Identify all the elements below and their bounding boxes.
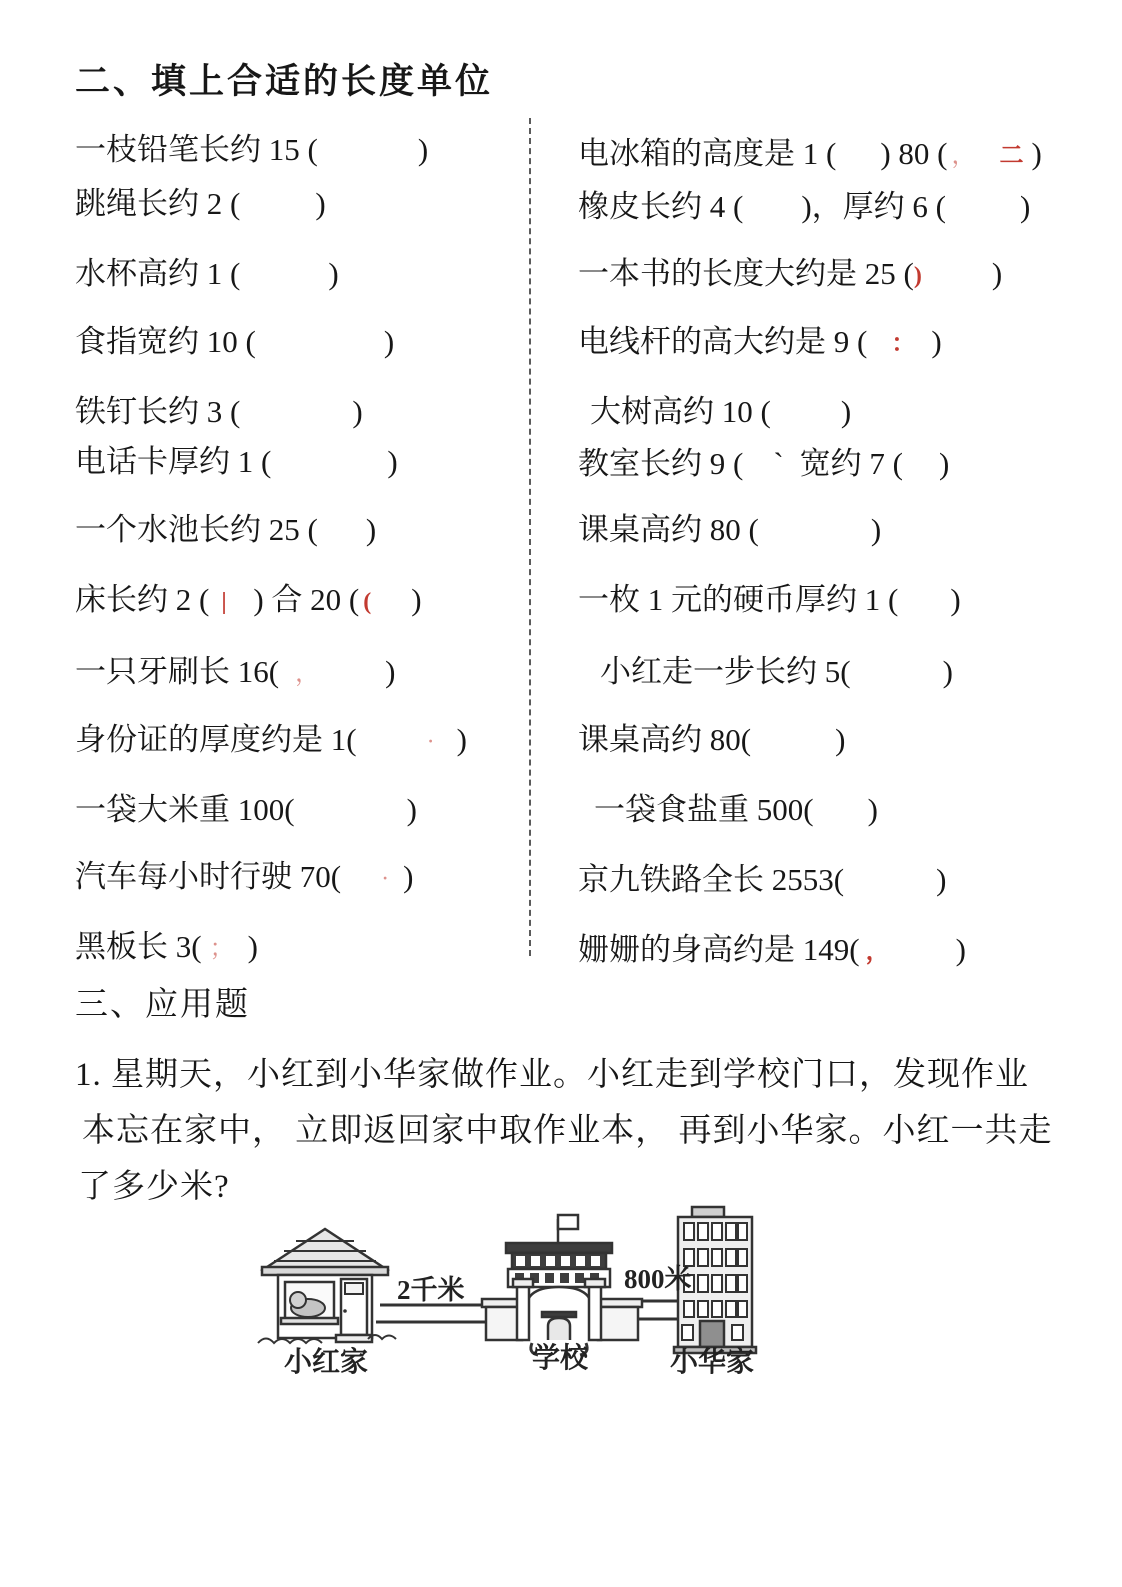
fill-question-row: 京九铁路全长 2553() <box>578 858 946 902</box>
question-text: 电话卡厚约 1 ( <box>75 444 271 479</box>
faint-red-answer-mark: · <box>381 867 389 891</box>
fill-question-row: 电线杆的高大约是 9 (：) <box>578 320 942 364</box>
faint-red-answer-mark: ， <box>866 940 890 964</box>
question-text: 小红走一步长约 5( <box>600 654 851 689</box>
question-text: 教室长约 9 ( <box>578 446 743 481</box>
fill-question-row: 一袋大米重 100() <box>75 788 417 832</box>
question-text: 食指宽约 10 ( <box>75 324 256 359</box>
question-text: 一袋大米重 100( <box>75 792 295 827</box>
question-text: 姗姗的身高约是 149( <box>578 932 860 967</box>
question-text: ) <box>931 324 941 359</box>
question-text: ) 合 20 ( <box>253 582 359 617</box>
question-text: ) <box>1020 189 1030 224</box>
answer-blank <box>771 393 841 429</box>
faint-red-answer-mark: ， <box>951 144 975 168</box>
question-text: 橡皮长约 4 ( <box>578 189 743 224</box>
answer-blank: ，二 <box>947 135 1031 171</box>
fill-question-row: 一个水池长约 25 () <box>75 508 376 552</box>
problem-text-line: 本忘在家中， 立即返回家中取作业本， 再到小华家。小红一共走 <box>82 1104 1053 1151</box>
question-text: ) <box>943 654 953 689</box>
question-text: 课桌高约 80( <box>578 722 751 757</box>
question-text: 跳绳长约 2 ( <box>75 186 240 221</box>
answer-blank <box>256 323 384 359</box>
question-text: ) <box>248 929 258 964</box>
question-text: ) <box>403 859 413 894</box>
answer-blank <box>743 188 801 224</box>
fill-question-row: 一枚 1 元的硬币厚约 1 () <box>578 578 961 622</box>
fill-question-row: 一枝铅笔长约 15 () <box>75 128 428 172</box>
answer-blank <box>903 445 939 481</box>
question-text: 京九铁路全长 2553( <box>578 862 844 897</box>
question-text: 一枝铅笔长约 15 ( <box>75 132 318 167</box>
answer-blank: | <box>209 581 253 617</box>
faint-red-answer-mark: ； <box>210 937 234 961</box>
question-text: ) <box>411 582 421 617</box>
problem-text-line: 1. 星期天，小红到小华家做作业。小红走到学校门口，发现作业 <box>75 1048 1029 1095</box>
question-text: ) <box>366 512 376 547</box>
fill-question-row: 一本书的长度大约是 25 ()) <box>578 252 1002 296</box>
question-text: )，厚约 6 ( <box>801 189 946 224</box>
answer-blank: ， <box>860 931 956 967</box>
fill-question-row: 黑板长 3(；) <box>75 925 258 969</box>
question-text: 大树高约 10 ( <box>590 394 771 429</box>
question-text: ) <box>457 722 467 757</box>
answer-blank <box>946 188 1020 224</box>
question-text: ) <box>939 446 949 481</box>
question-text: ) <box>328 256 338 291</box>
worksheet-page: { "colors": { "ink": "#171717", "red_mar… <box>0 0 1122 1587</box>
fill-question-row: 课桌高约 80 () <box>578 508 881 552</box>
answer-blank <box>784 445 800 481</box>
question-text: ) <box>835 722 845 757</box>
question-text: 一本书的长度大约是 25 ( <box>578 256 914 291</box>
question-text: ) <box>871 512 881 547</box>
question-text: ) <box>407 792 417 827</box>
answer-blank: ： <box>867 323 931 359</box>
fill-question-row: 汽车每小时行驶 70(·) <box>75 855 413 899</box>
question-text: 宽约 7 ( <box>800 446 903 481</box>
question-text: ) <box>956 932 966 967</box>
question-text: 黑板长 3( <box>75 929 202 964</box>
fill-question-row: 一只牙刷长 16(，) <box>75 650 395 694</box>
question-text: ` <box>773 446 783 481</box>
school-illustration <box>482 1215 642 1355</box>
question-text: ) <box>387 444 397 479</box>
answer-blank <box>851 653 943 689</box>
column-divider-line <box>529 118 531 956</box>
answer-blank <box>844 861 936 897</box>
distance-label-2km: 2千米 <box>397 1275 465 1305</box>
question-text: ) <box>992 256 1002 291</box>
question-text: ) <box>868 792 878 827</box>
question-text: ) <box>352 394 362 429</box>
question-text: ) 80 ( <box>880 136 947 171</box>
question-text: 一袋食盐重 500( <box>594 792 814 827</box>
answer-blank <box>318 131 418 167</box>
question-text: ) <box>385 654 395 689</box>
answer-blank: ) <box>914 255 992 291</box>
fill-question-row: 课桌高约 80() <box>578 718 845 762</box>
answer-blank <box>271 443 387 479</box>
school-label: 学校 <box>532 1342 589 1374</box>
question-text: 一枚 1 元的硬币厚约 1 ( <box>578 582 898 617</box>
question-text: ) <box>384 324 394 359</box>
fill-question-row: 一袋食盐重 500() <box>594 788 878 832</box>
answer-blank <box>295 791 407 827</box>
question-text: ) <box>1031 136 1041 171</box>
section2-title: 二、填上合适的长度单位 <box>75 54 493 104</box>
question-text: 一只牙刷长 16( <box>75 654 279 689</box>
question-text: 一个水池长约 25 ( <box>75 512 318 547</box>
answer-blank <box>814 791 868 827</box>
answer-blank <box>240 185 315 221</box>
faint-red-answer-mark: ( <box>363 590 371 614</box>
home-label: 小红家 <box>284 1346 368 1378</box>
fill-question-row: 大树高约 10 () <box>590 390 851 434</box>
question-text: 铁钉长约 3 ( <box>75 394 240 429</box>
distance-label-800m: 800米 <box>624 1264 692 1294</box>
answer-blank: · <box>357 721 457 757</box>
answer-blank <box>743 445 773 481</box>
question-text: 身份证的厚度约是 1( <box>75 722 357 757</box>
fill-question-row: 电话卡厚约 1 () <box>75 440 398 484</box>
question-text: 水杯高约 1 ( <box>75 256 240 291</box>
question-text: 电线杆的高大约是 9 ( <box>578 324 867 359</box>
faint-red-answer-mark: ： <box>891 332 915 356</box>
friend-home-label: 小华家 <box>670 1346 754 1378</box>
fill-question-row: 小红走一步长约 5() <box>600 650 953 694</box>
fill-question-row: 铁钉长约 3 () <box>75 390 363 434</box>
question-text: 床长约 2 ( <box>75 582 209 617</box>
question-text: 课桌高约 80 ( <box>578 512 759 547</box>
answer-blank: · <box>341 858 403 894</box>
answer-blank: ( <box>359 581 411 617</box>
answer-blank: ， <box>279 653 385 689</box>
fill-question-row: 电冰箱的高度是 1 () 80 (，二) <box>578 132 1042 176</box>
question-text: 电冰箱的高度是 1 ( <box>578 136 836 171</box>
question-text: ) <box>315 186 325 221</box>
faint-red-answer-mark: ) <box>914 264 922 288</box>
fill-question-row: 床长约 2 (|) 合 20 (() <box>75 578 422 622</box>
problem-text-line: 了多少米? <box>78 1160 230 1207</box>
answer-blank <box>240 393 352 429</box>
road-school-to-friend <box>638 1301 678 1319</box>
answer-blank: ； <box>202 928 248 964</box>
fill-question-row: 食指宽约 10 () <box>75 320 394 364</box>
faint-red-answer-mark: ， <box>295 662 319 686</box>
faint-red-answer-mark: 二 <box>999 144 1023 168</box>
distance-illustration: 2千米 800米 小红家 学校 小华家 <box>240 1205 800 1390</box>
fill-question-row: 教室长约 9 (`宽约 7 () <box>578 442 949 486</box>
question-text: ) <box>936 862 946 897</box>
faint-red-answer-mark: · <box>427 730 435 754</box>
answer-blank <box>318 511 366 547</box>
answer-blank <box>898 581 950 617</box>
question-text: ) <box>418 132 428 167</box>
answer-blank <box>759 511 871 547</box>
road-home-to-school <box>376 1305 490 1322</box>
answer-blank <box>836 135 880 171</box>
question-text: ) <box>950 582 960 617</box>
fill-question-row: 姗姗的身高约是 149(，) <box>578 928 966 972</box>
faint-red-answer-mark: | <box>221 590 226 614</box>
xiaohong-house-illustration <box>258 1229 396 1343</box>
question-text: ) <box>841 394 851 429</box>
answer-blank <box>240 255 328 291</box>
fill-question-row: 橡皮长约 4 ()，厚约 6 () <box>578 185 1030 229</box>
fill-question-row: 水杯高约 1 () <box>75 252 339 296</box>
answer-blank <box>751 721 835 757</box>
fill-question-row: 身份证的厚度约是 1(·) <box>75 718 467 762</box>
question-text: 汽车每小时行驶 70( <box>75 859 341 894</box>
section3-title: 三、应用题 <box>75 978 250 1025</box>
fill-question-row: 跳绳长约 2 () <box>75 182 326 226</box>
